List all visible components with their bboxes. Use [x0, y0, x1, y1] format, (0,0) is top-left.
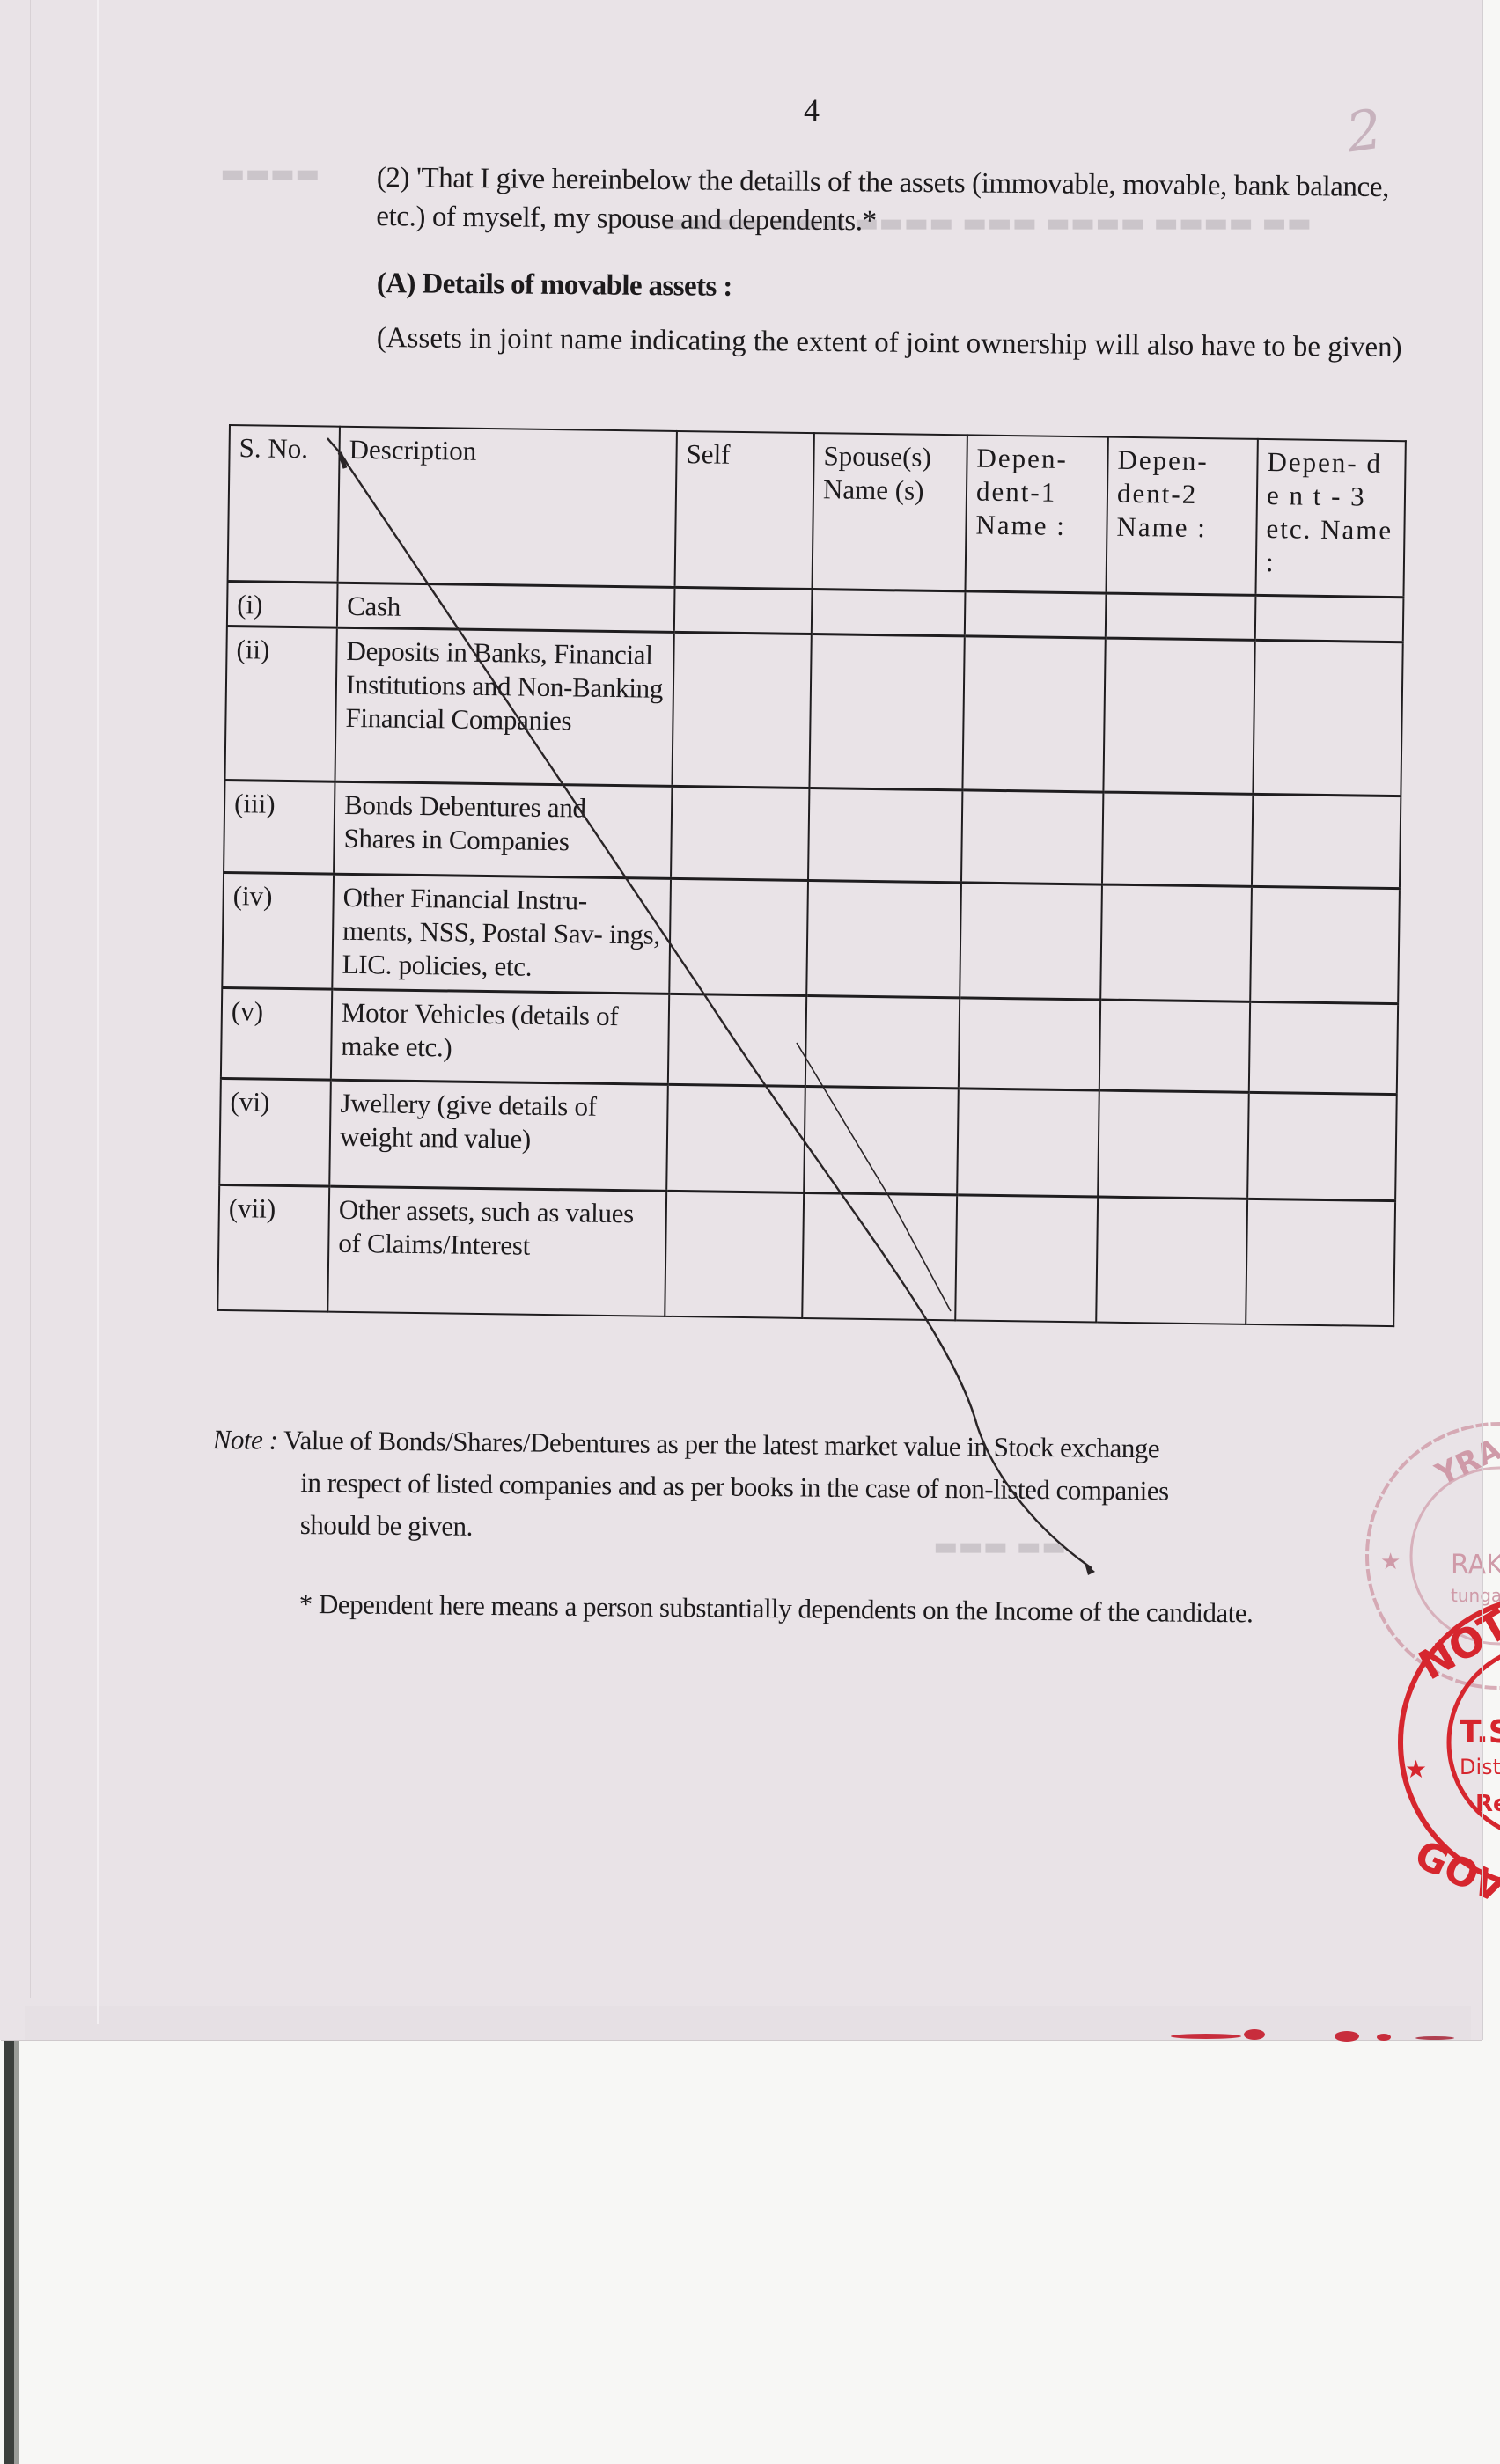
table-row: (iv)Other Financial Instru- ments, NSS, …: [222, 872, 1400, 1003]
header-dependent-2: Depen- dent-2 Name :: [1106, 437, 1257, 596]
cell-spouse[interactable]: [805, 995, 960, 1088]
cell-dependent2[interactable]: [1102, 792, 1253, 886]
header-dependent-1: Depen- dent-1 Name :: [965, 435, 1107, 593]
cell-dependent1[interactable]: [961, 790, 1103, 884]
cell-dependent1[interactable]: [959, 998, 1100, 1090]
header-description: Description: [338, 427, 677, 588]
cell-dependent2[interactable]: [1100, 884, 1252, 1001]
table-header-row: S. No. Description Self Spouse(s) Name (…: [228, 425, 1406, 598]
cell-sno: (vi): [219, 1078, 331, 1186]
reverse-side-bleed: ▬▬▬▬: [220, 158, 320, 189]
header-sno: S. No.: [228, 425, 340, 583]
scanner-bed-edge-shadow: [14, 2040, 19, 2464]
table-row: (vii)Other assets, such as values of Cla…: [217, 1184, 1395, 1326]
cell-self[interactable]: [668, 994, 806, 1086]
cell-self[interactable]: [665, 1191, 804, 1318]
cell-description: Other assets, such as values of Claims/I…: [327, 1186, 666, 1316]
cell-sno: (vii): [217, 1184, 329, 1311]
cell-dependent1[interactable]: [965, 591, 1107, 638]
section-heading: (A) Details of movable assets :: [377, 268, 732, 304]
page-number: 4: [804, 92, 820, 128]
cell-dependent3[interactable]: [1252, 794, 1401, 888]
cell-dependent1[interactable]: [960, 883, 1102, 1000]
cell-spouse[interactable]: [809, 634, 964, 790]
cell-dependent3[interactable]: [1249, 1001, 1398, 1094]
paper-right-edge: [1482, 0, 1483, 2040]
cell-self[interactable]: [666, 1084, 805, 1192]
cell-sno: (iv): [222, 872, 334, 989]
note-label: Note :: [213, 1424, 278, 1456]
cell-spouse[interactable]: [804, 1086, 959, 1194]
cell-sno: (i): [227, 581, 338, 627]
cell-self[interactable]: [671, 786, 809, 880]
cell-dependent3[interactable]: [1253, 640, 1402, 796]
valuation-note: Note : Value of Bonds/Shares/Debentures …: [212, 1419, 1393, 1557]
svg-text:Re: Re: [1475, 1791, 1500, 1817]
scanner-bed-edge: [4, 2040, 14, 2464]
cell-dependent3[interactable]: [1246, 1199, 1395, 1326]
cell-description: Cash: [337, 583, 675, 632]
cell-self[interactable]: [672, 632, 811, 788]
cell-dependent2[interactable]: [1106, 593, 1256, 640]
cell-description: Other Financial Instru- ments, NSS, Post…: [332, 874, 671, 994]
table-row: (v)Motor Vehicles (details of make etc.): [221, 987, 1398, 1094]
cell-spouse[interactable]: [812, 590, 966, 636]
cell-description: Jwellery (give details of weight and val…: [329, 1080, 668, 1191]
cell-self[interactable]: [674, 587, 812, 634]
red-ink-blots: [1171, 2020, 1488, 2042]
cell-self[interactable]: [669, 878, 808, 995]
cell-description: Deposits in Banks, Financial Institution…: [335, 627, 673, 786]
header-spouse: Spouse(s) Name (s): [812, 433, 967, 591]
movable-assets-table: S. No. Description Self Spouse(s) Name (…: [217, 424, 1407, 1327]
table-row: (vi)Jwellery (give details of weight and…: [219, 1078, 1397, 1200]
cell-dependent1[interactable]: [962, 636, 1105, 792]
cell-dependent2[interactable]: [1099, 1000, 1250, 1092]
cell-dependent3[interactable]: [1247, 1092, 1397, 1200]
table-row: (ii)Deposits in Banks, Financial Institu…: [224, 626, 1402, 796]
cell-dependent3[interactable]: [1255, 595, 1404, 642]
table-row: (iii)Bonds Debentures and Shares in Comp…: [224, 780, 1401, 888]
header-self: Self: [675, 431, 814, 590]
cell-sno: (iii): [224, 780, 335, 874]
scanned-page: ▬▬▬▬ ▬▬ ▬▬▬▬ ▬▬▬▬ ▬▬▬ ▬▬▬▬ ▬▬▬ ▬▬▬▬ ▬▬ ▬…: [0, 0, 1482, 2040]
cell-spouse[interactable]: [808, 788, 962, 883]
movable-assets-table-wrapper: S. No. Description Self Spouse(s) Name (…: [217, 424, 1407, 1327]
declaration-paragraph: (2) 'That I give hereinbelow the detaill…: [376, 158, 1398, 246]
cell-dependent2[interactable]: [1096, 1197, 1247, 1324]
cell-dependent1[interactable]: [955, 1195, 1098, 1323]
note-line-1: Value of Bonds/Shares/Debentures as per …: [283, 1425, 1159, 1464]
header-dependent-3: Depen- d e n t - 3 etc. Name :: [1255, 439, 1405, 598]
cell-sno: (ii): [224, 626, 336, 781]
cell-description: Motor Vehicles (details of make etc.): [331, 989, 669, 1084]
cell-dependent2[interactable]: [1098, 1090, 1249, 1199]
cell-description: Bonds Debentures and Shares in Companies: [334, 781, 672, 878]
cell-dependent3[interactable]: [1250, 886, 1400, 1003]
cell-dependent1[interactable]: [957, 1089, 1099, 1197]
cell-dependent2[interactable]: [1103, 638, 1254, 794]
cell-spouse[interactable]: [806, 881, 961, 998]
cell-sno: (v): [221, 987, 332, 1080]
cell-spouse[interactable]: [802, 1192, 957, 1320]
